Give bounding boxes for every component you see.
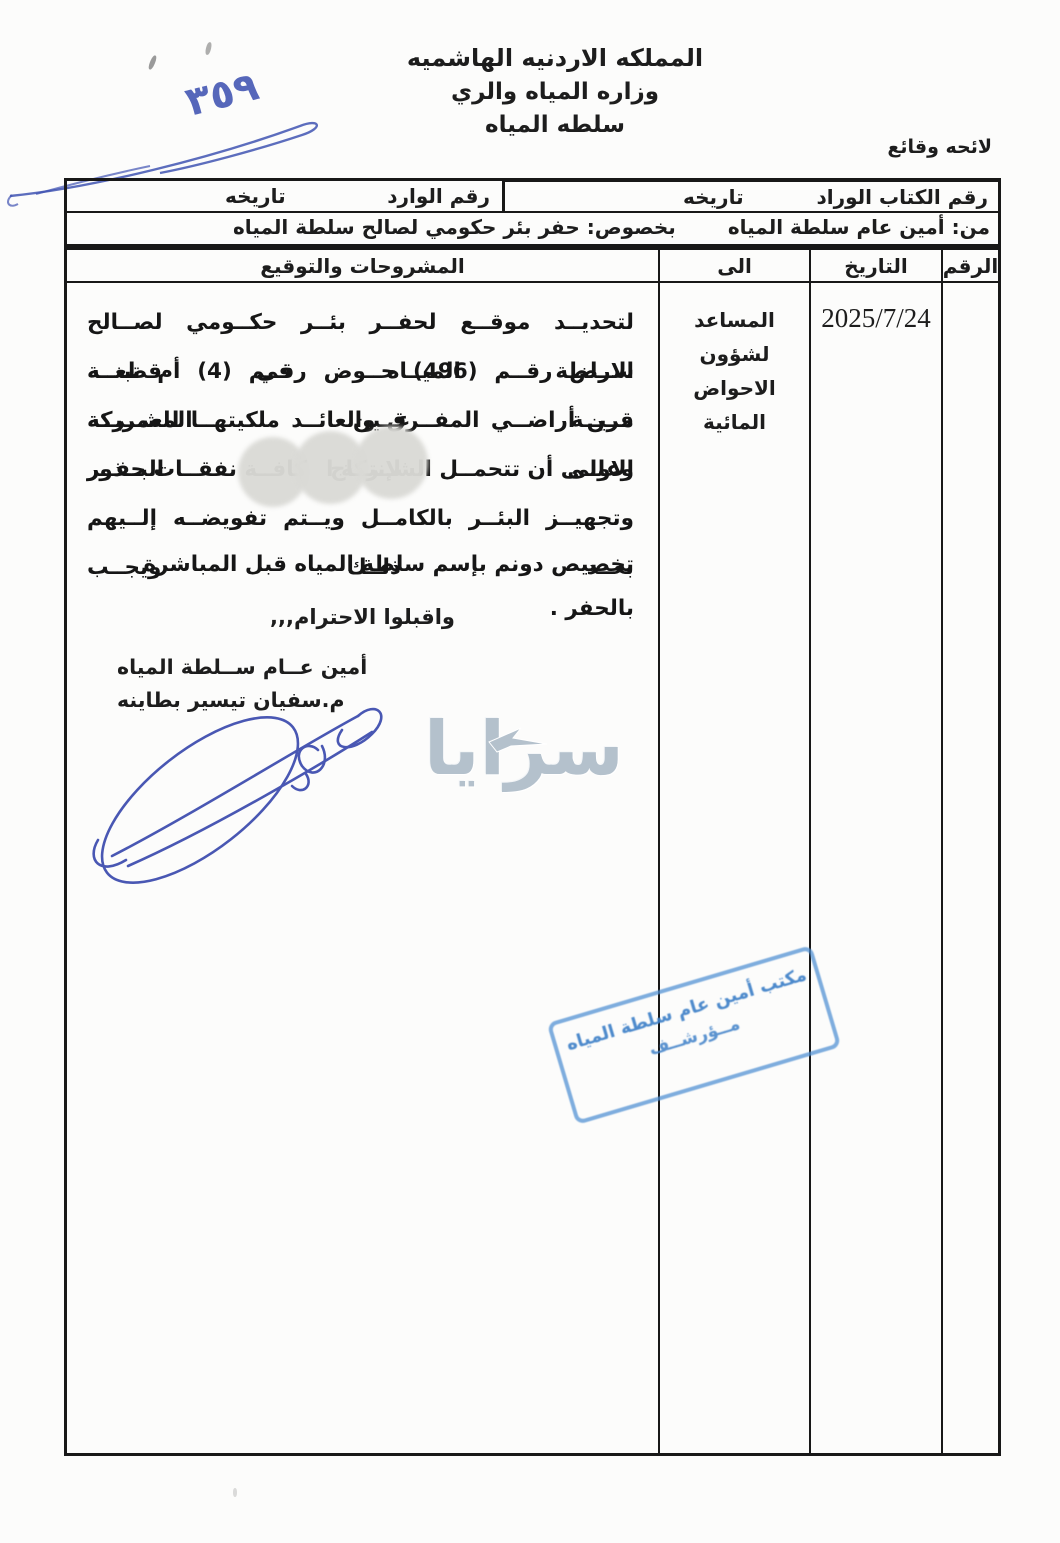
book-number-cell: رقم الكتاب الوراد تاريخه (502, 181, 998, 211)
kingdom-title: المملكه الاردنيه الهاشميه (305, 44, 805, 72)
ministry-title: وزاره المياه والري (305, 79, 805, 105)
scanned-document-page: المملكه الاردنيه الهاشميه وزاره المياه و… (0, 0, 1060, 1543)
body-line-1: لتحديــد موقــع لحفــر بئــر حكــومي لصـ… (87, 298, 634, 347)
regarding-field: بخصوص: حفر بئر حكومي لصالح سلطة المياه (233, 215, 676, 239)
scan-speck (147, 55, 157, 71)
entry-to-cell: المساعد لشؤون الاحواض المائية (658, 283, 809, 1453)
redaction-blur (355, 426, 428, 499)
col-header-number: الرقم (941, 250, 998, 283)
from-field: من: أمين عام سلطة المياه (728, 215, 990, 239)
book-number-label: رقم الكتاب الوراد (816, 185, 988, 209)
authority-title: سلطه المياه (305, 112, 805, 138)
signature-scribble-icon (70, 688, 400, 898)
letterhead: المملكه الاردنيه الهاشميه وزاره المياه و… (305, 44, 805, 138)
col-header-to: الى (658, 250, 809, 283)
incoming-register-table: رقم الكتاب الوراد تاريخه رقم الوارد تاري… (64, 178, 1001, 247)
book-date-label: تاريخه (683, 185, 744, 209)
entry-date-cell: 2025/7/24 (809, 283, 941, 1453)
col-header-notes: المشروحات والتوقيع (67, 250, 658, 283)
from-regarding-row: من: أمين عام سلطة المياه بخصوص: حفر بئر … (67, 213, 998, 245)
body-line-3: مــن أراضــي المفــرق والعائــد ملكيتهــ… (87, 396, 634, 445)
scan-speck (233, 1488, 237, 1497)
col-header-date: التاريخ (809, 250, 941, 283)
incoming-number-label: رقم الوارد (387, 184, 490, 208)
incoming-date-label: تاريخه (225, 184, 286, 208)
body-line-5: وتجهيــز البئــر بالكامــل ويــتم تفويضـ… (87, 494, 634, 543)
watermark-bird-icon (487, 726, 549, 756)
register-numbers-row: رقم الكتاب الوراد تاريخه رقم الوارد تاري… (67, 181, 998, 213)
facts-sheet-label: لائحه وقائع (887, 136, 992, 158)
signatory-title: أمين عــام ســلطة المياه (117, 651, 407, 684)
closing-salutation: واقبلوا الاحترام,,, (67, 605, 658, 629)
body-line-2: الارض رقــم (496) حــوض رقــم (4) أم تبن… (87, 347, 634, 396)
incoming-number-cell: رقم الوارد تاريخه (67, 181, 502, 211)
scan-speck (205, 42, 213, 56)
entry-number-cell (941, 283, 998, 1453)
